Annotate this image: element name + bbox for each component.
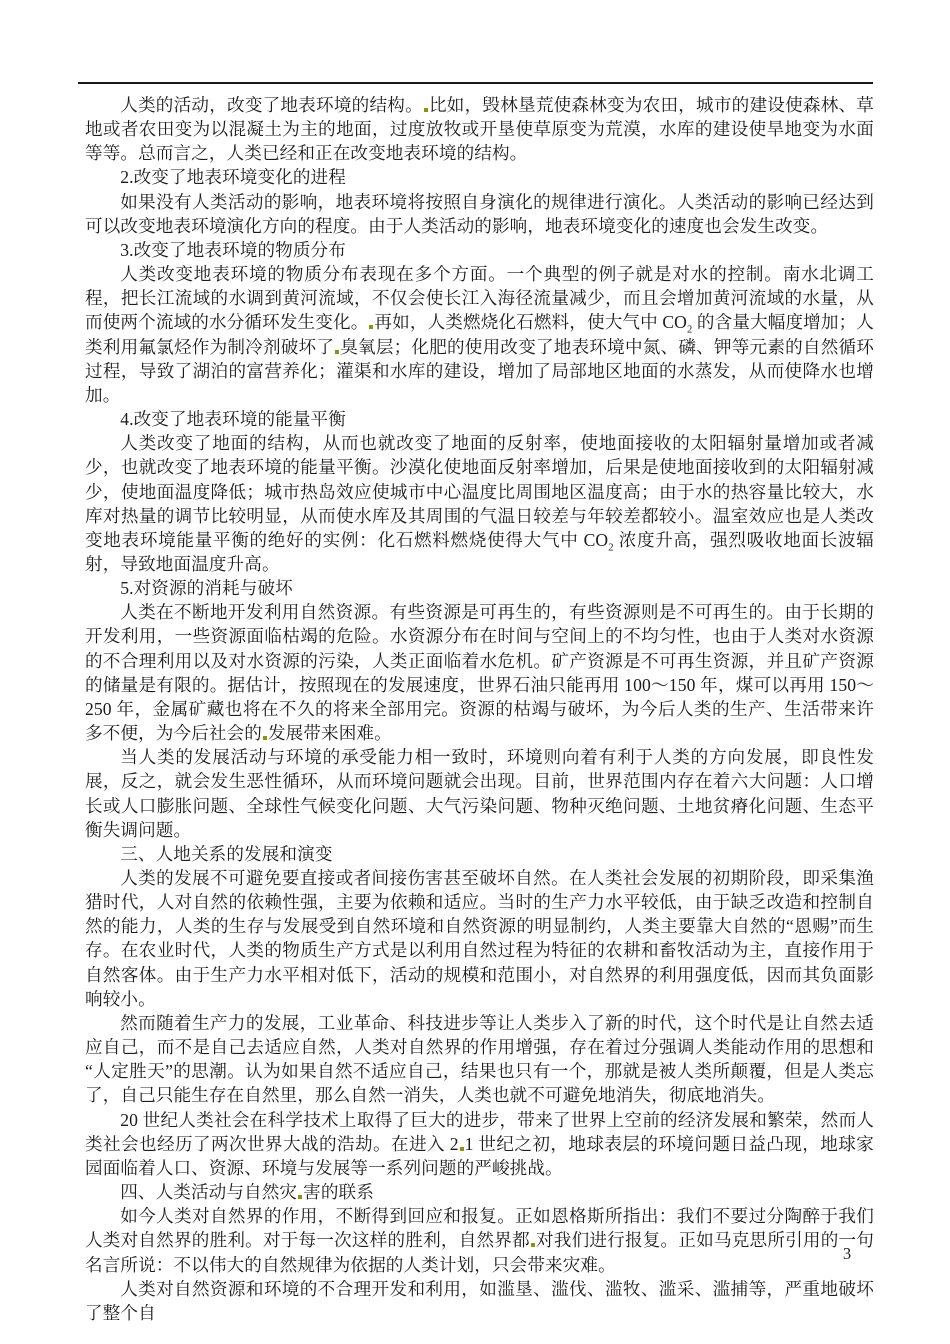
spell-mark-icon (531, 1243, 535, 1247)
text-block: 人类的活动，改变了地表环境的结构。比如，毁林垦荒使森林变为农田，城市的建设使森林… (85, 93, 874, 1325)
paragraph-early-stage: 人类的发展不可避免要直接或者间接伤害甚至破坏自然。在人类社会发展的初期阶段，即采… (85, 866, 874, 1011)
paragraph-material-distribution: 人类改变地表环境的物质分布表现在多个方面。一个典型的例子就是对水的控制。南水北调… (85, 262, 874, 407)
heading-3-material-distribution: 3.改变了地表环境的物质分布 (85, 238, 874, 262)
paragraph-resource-consumption: 人类在不断地开发利用自然资源。有些资源是可再生的，有些资源则是不可再生的。由于长… (85, 600, 874, 745)
header-rule (78, 82, 873, 84)
spell-mark-icon (298, 1195, 302, 1199)
heading-4-energy-balance: 4.改变了地表环境的能量平衡 (85, 407, 874, 431)
heading-2-process-change: 2.改变了地表环境变化的进程 (85, 165, 874, 189)
paragraph-energy-balance: 人类改变了地面的结构，从而也就改变了地面的反射率，使地面接收的太阳辐射量增加或者… (85, 431, 874, 576)
spell-mark-icon (424, 108, 428, 112)
paragraph-six-problems: 当人类的发展活动与环境的承受能力相一致时，环境则向着有利于人类的方向发展，即良性… (85, 745, 874, 842)
subscript: 2 (687, 325, 692, 336)
paragraph-industrial-era: 然而随着生产力的发展，工业革命、科技进步等让人类步入了新的时代，这个时代是让自然… (85, 1011, 874, 1108)
document-page: 人类的活动，改变了地表环境的结构。比如，毁林垦荒使森林变为农田，城市的建设使森林… (0, 0, 950, 1344)
heading-section-three: 三、人地关系的发展和演变 (85, 842, 874, 866)
subscript: 2 (608, 542, 613, 553)
paragraph-surface-structure: 人类的活动，改变了地表环境的结构。比如，毁林垦荒使森林变为农田，城市的建设使森林… (85, 93, 874, 165)
spell-mark-icon (460, 1147, 464, 1151)
spell-mark-icon (369, 325, 373, 329)
paragraph-nature-revenge: 如今人类对自然界的作用，不断得到回应和报复。正如恩格斯所指出：我们不要过分陶醉于… (85, 1204, 874, 1276)
heading-section-four: 四、人类活动与自然灾害的联系 (85, 1180, 874, 1204)
paragraph-process-change: 如果没有人类活动的影响，地表环境将按照自身演化的规律进行演化。人类活动的影响已经… (85, 190, 874, 238)
paragraph-20th-century: 20 世纪人类社会在科学技术上取得了巨大的进步，带来了世界上空前的经济发展和繁荣… (85, 1108, 874, 1180)
heading-5-resource-consumption: 5.对资源的消耗与破坏 (85, 576, 874, 600)
spell-mark-icon (335, 350, 339, 354)
page-number: 3 (834, 1244, 860, 1264)
spell-mark-icon (263, 736, 267, 740)
paragraph-overexploitation: 人类对自然资源和环境的不合理开发和利用，如滥垦、滥伐、滥牧、滥采、滥捕等，严重地… (85, 1277, 874, 1325)
